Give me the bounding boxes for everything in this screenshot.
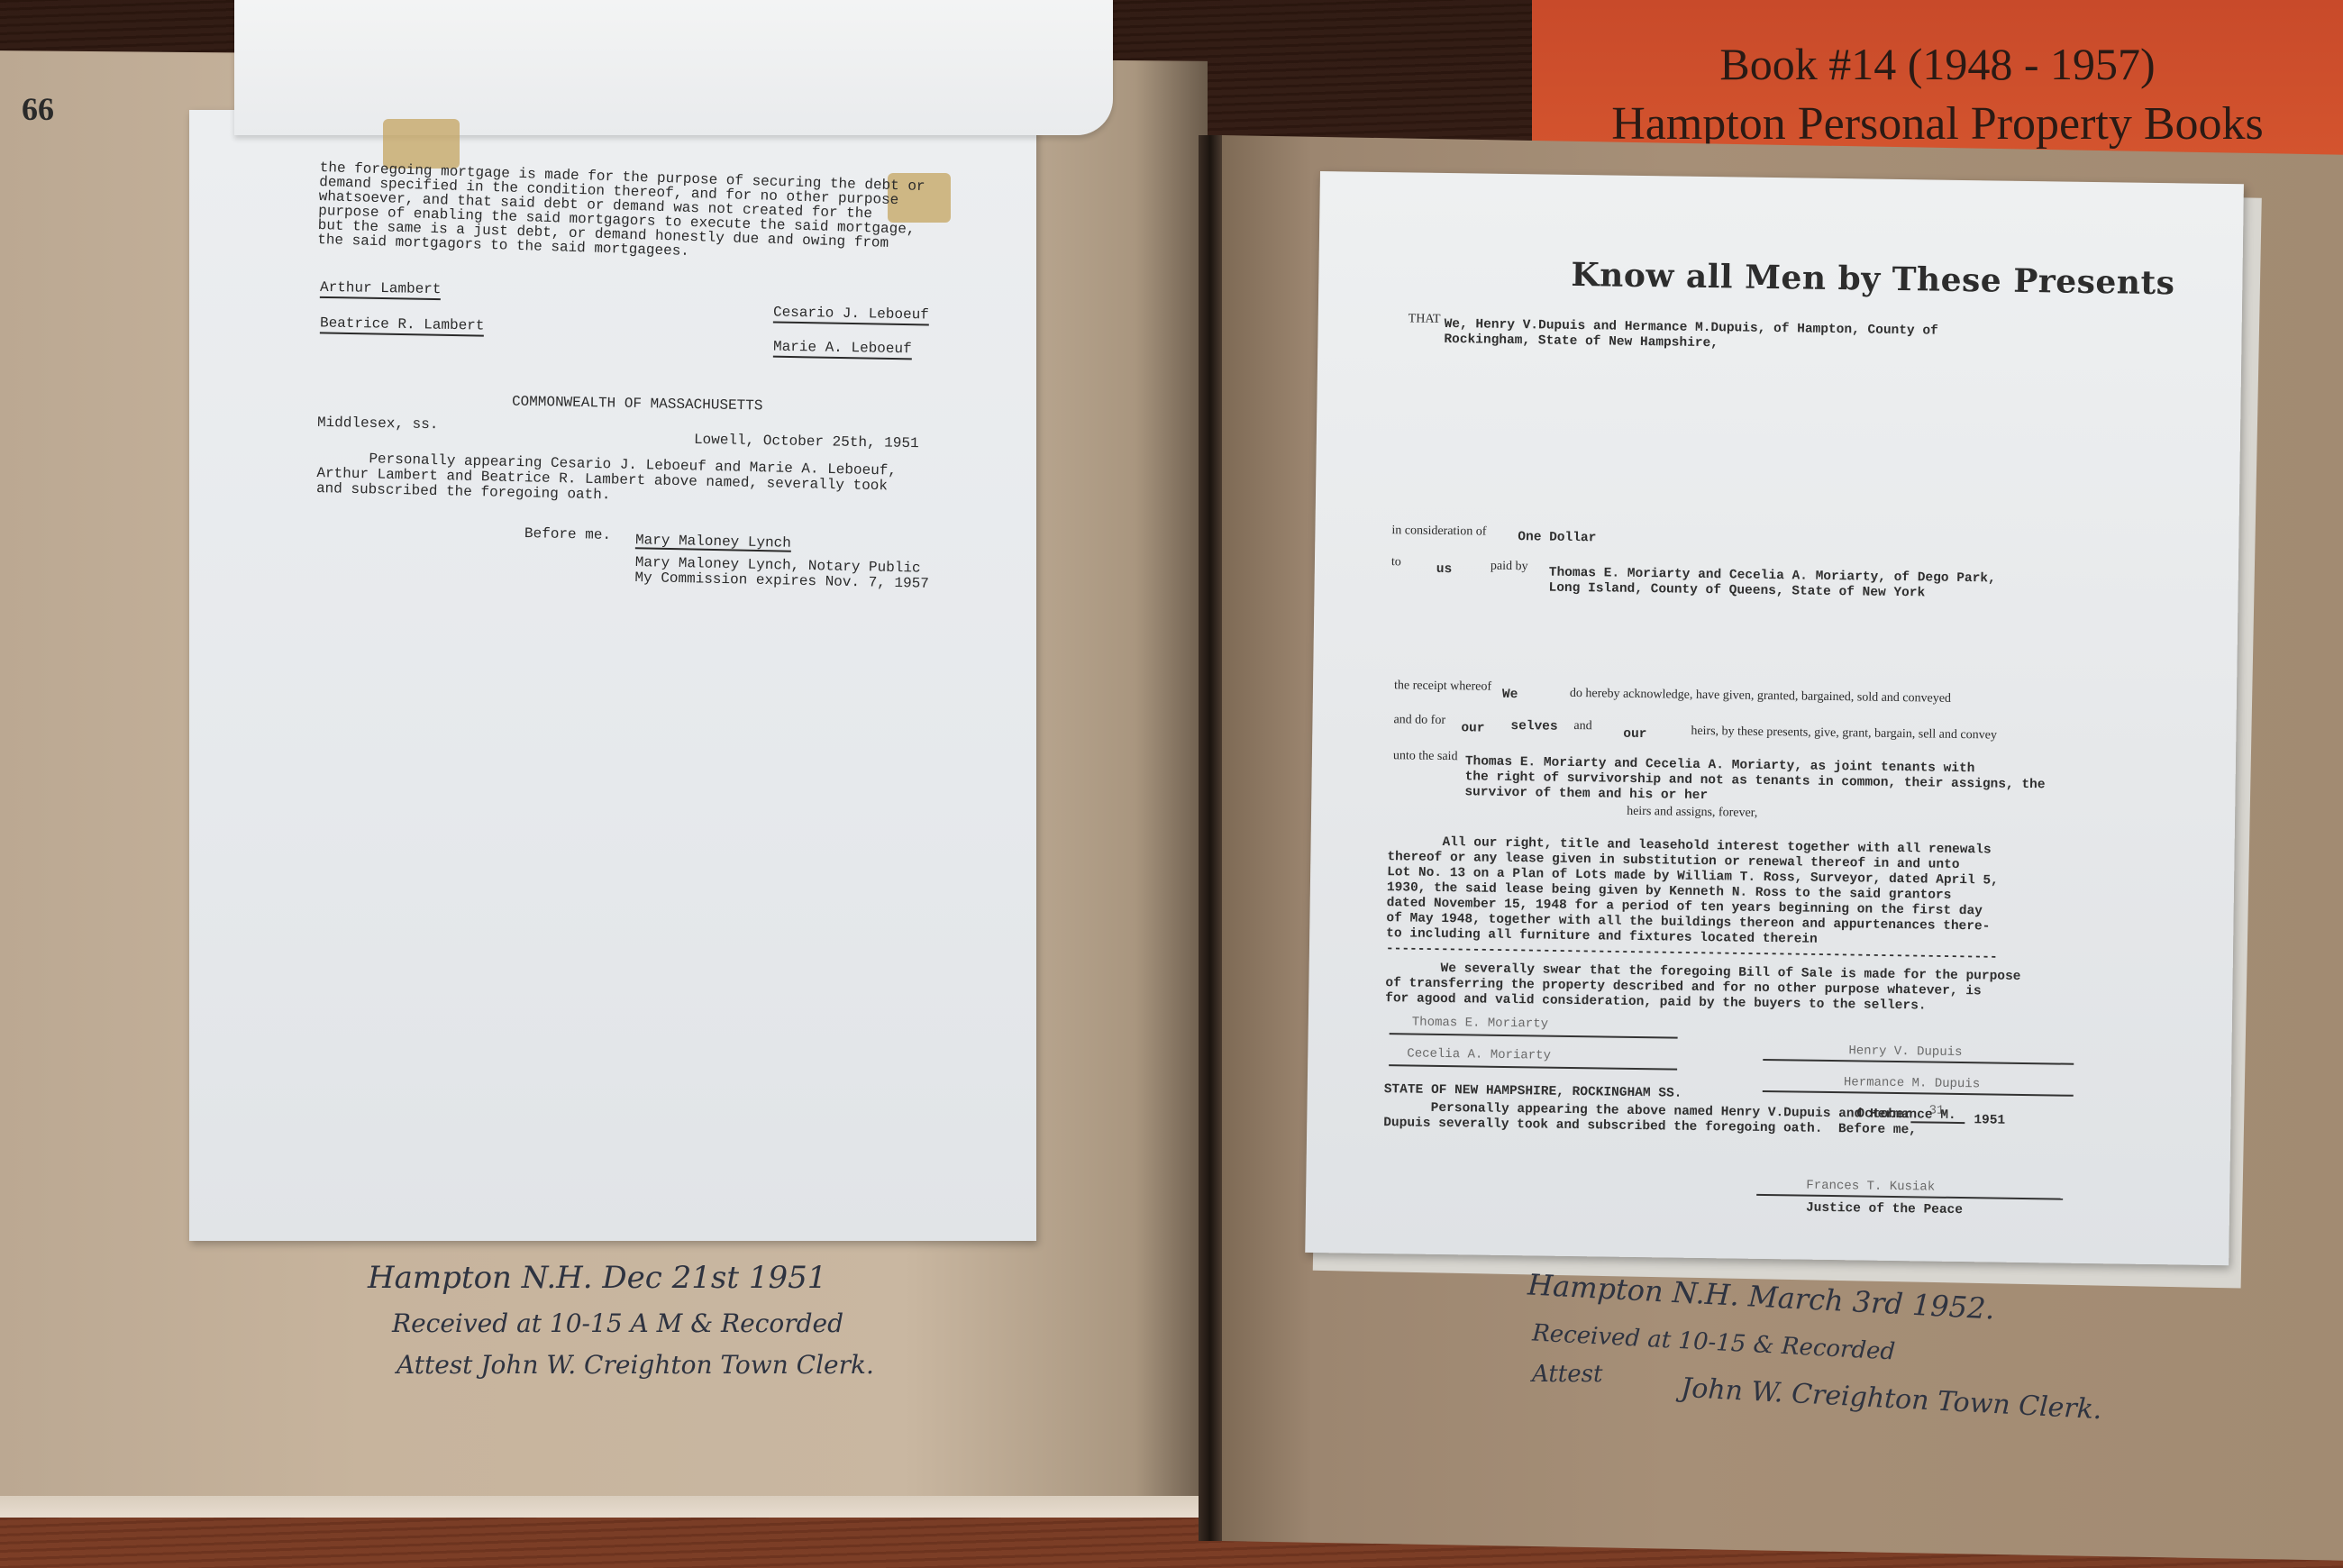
page-number: 66 bbox=[22, 90, 54, 128]
justice-signature: Frances T. Kusiak bbox=[1806, 1179, 1935, 1195]
buyer-signature-thomas: Thomas E. Moriarty bbox=[1412, 1016, 1548, 1032]
before-me-label: Before me. bbox=[524, 526, 611, 542]
grantors-text: We, Henry V.Dupuis and Hermance M.Dupuis… bbox=[1444, 317, 1938, 355]
book-label-title: Book #14 (1948 - 1957) bbox=[1532, 38, 2343, 90]
do-for-selves: selves bbox=[1510, 719, 1557, 735]
signature-marie-leboeuf: Marie A. Leboeuf bbox=[773, 340, 912, 360]
deed-title: Know all Men by These Presents bbox=[1571, 256, 2175, 302]
buyer-signature-cecelia: Cecelia A. Moriarty bbox=[1407, 1046, 1551, 1062]
folded-sheet-flap bbox=[234, 0, 1113, 135]
recording-note-line-3: Attest John W. Creighton Town Clerk. bbox=[397, 1350, 874, 1380]
mortgage-paragraph: the foregoing mortgage is made for the p… bbox=[317, 160, 925, 266]
payers-text: Thomas E. Moriarty and Cecelia A. Moriar… bbox=[1548, 566, 1995, 603]
acknowledgment-paragraph: Personally appearing the above named Hen… bbox=[1383, 1100, 1956, 1139]
heirs-text: heirs, by these presents, give, grant, b… bbox=[1691, 725, 1997, 743]
signature-beatrice-lambert: Beatrice R. Lambert bbox=[320, 315, 485, 336]
state-heading: STATE OF NEW HAMPSHIRE, ROCKINGHAM SS. bbox=[1384, 1082, 1682, 1102]
signature-cesario-leboeuf: Cesario J. Leboeuf bbox=[773, 305, 929, 325]
jurisdiction-heading: COMMONWEALTH OF MASSACHUSETTS bbox=[512, 395, 763, 414]
do-for-label: and do for bbox=[1393, 713, 1445, 728]
receipt-label: the receipt whereof bbox=[1394, 679, 1491, 695]
seller-signature-henry: Henry V. Dupuis bbox=[1848, 1044, 1962, 1060]
signature-line bbox=[1763, 1090, 2074, 1097]
justice-title: Justice of the Peace bbox=[1806, 1201, 1963, 1218]
right-recording-note-line-3: Attest bbox=[1532, 1361, 1602, 1388]
signature-line bbox=[1390, 1033, 1678, 1038]
heirs-assigns: heirs and assigns, forever, bbox=[1627, 805, 1757, 821]
left-page-edge bbox=[0, 1496, 1199, 1518]
that-label: THAT bbox=[1409, 312, 1441, 326]
mortgage-affidavit-sheet bbox=[189, 110, 1036, 1241]
recording-note-line-1: Hampton N.H. Dec 21st 1951 bbox=[368, 1260, 826, 1296]
receipt-value: We bbox=[1502, 688, 1518, 703]
property-paragraph: All our right, title and leasehold inter… bbox=[1386, 834, 2000, 965]
seller-signature-hermance: Hermance M. Dupuis bbox=[1844, 1075, 1980, 1091]
bill-of-sale-oath: We severally swear that the foregoing Bi… bbox=[1385, 961, 2020, 1016]
book-label-card: Book #14 (1948 - 1957) Hampton Personal … bbox=[1532, 0, 2343, 158]
and-label: and bbox=[1573, 719, 1591, 734]
grantees-text: Thomas E. Moriarty and Cecelia A. Moriar… bbox=[1464, 754, 2046, 808]
signature-line bbox=[1756, 1194, 2063, 1200]
do-for-our-2: our bbox=[1623, 727, 1646, 743]
notary-title: Mary Maloney Lynch, Notary Public My Com… bbox=[634, 555, 929, 592]
ack-year: 1951 bbox=[1974, 1113, 2005, 1128]
place-date: Lowell, October 25th, 1951 bbox=[694, 433, 919, 451]
acknowledge-text: do hereby acknowledge, have given, grant… bbox=[1570, 687, 1951, 707]
notary-signature: Mary Maloney Lynch bbox=[635, 533, 791, 552]
consideration-value: One Dollar bbox=[1518, 530, 1596, 546]
recording-note-line-2: Received at 10-15 A M & Recorded bbox=[392, 1308, 843, 1338]
consideration-label: in consideration of bbox=[1391, 524, 1486, 539]
county-line: Middlesex, ss. bbox=[317, 415, 439, 432]
signature-line bbox=[1763, 1059, 2074, 1065]
book-spine bbox=[1199, 135, 1222, 1541]
do-for-our: our bbox=[1461, 721, 1484, 736]
paid-by-label: paid by bbox=[1491, 560, 1528, 575]
signature-line bbox=[1389, 1064, 1677, 1070]
bill-of-sale-deed-sheet: Know all Men by These Presents THAT We, … bbox=[1305, 171, 2244, 1265]
unto-label: unto the said bbox=[1393, 749, 1458, 764]
signature-arthur-lambert: Arthur Lambert bbox=[320, 280, 442, 300]
to-value: us bbox=[1436, 562, 1453, 578]
to-label: to bbox=[1391, 555, 1401, 570]
